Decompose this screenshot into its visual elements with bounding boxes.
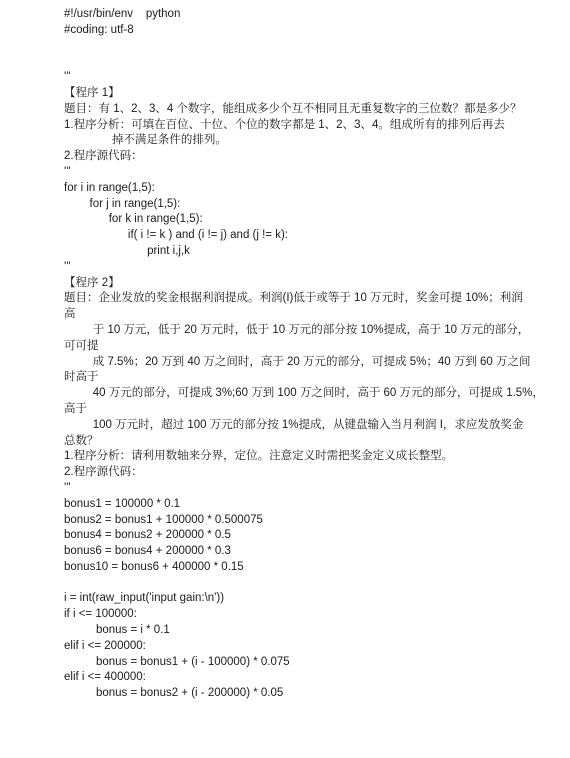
- doc-line: bonus = i * 0.1: [64, 623, 560, 639]
- doc-line: 高: [64, 307, 560, 323]
- doc-line: ''': [64, 260, 560, 276]
- doc-line: 1.程序分析：可填在百位、十位、个位的数字都是 1、2、3、4。组成所有的排列后…: [64, 118, 560, 134]
- doc-line: bonus = bonus2 + (i - 200000) * 0.05: [64, 686, 560, 702]
- doc-line: bonus1 = 100000 * 0.1: [64, 497, 560, 513]
- doc-line: 【程序 1】: [64, 86, 560, 102]
- doc-line: for k in range(1,5):: [64, 212, 560, 228]
- doc-line: 40 万元的部分，可提成 3%;60 万到 100 万之间时，高于 60 万元的…: [64, 386, 560, 402]
- doc-line: print i,j,k: [64, 244, 560, 260]
- doc-line: 于 10 万元，低于 20 万元时，低于 10 万元的部分按 10%提成，高于 …: [64, 323, 560, 339]
- doc-line: elif i <= 400000:: [64, 670, 560, 686]
- doc-line: 100 万元时，超过 100 万元的部分按 1%提成，从键盘输入当月利润 I，求…: [64, 418, 560, 434]
- doc-line: 题目：有 1、2、3、4 个数字，能组成多少个互不相同且无重复数字的三位数？都是…: [64, 102, 560, 118]
- doc-line: [64, 576, 560, 592]
- doc-line: 掉不满足条件的排列。: [64, 133, 560, 149]
- doc-line: bonus10 = bonus6 + 400000 * 0.15: [64, 560, 560, 576]
- doc-line: bonus6 = bonus4 + 200000 * 0.3: [64, 544, 560, 560]
- doc-line: ''': [64, 165, 560, 181]
- doc-line: 2.程序源代码：: [64, 465, 560, 481]
- doc-line: if( i != k ) and (i != j) and (j != k):: [64, 228, 560, 244]
- doc-line: for j in range(1,5):: [64, 197, 560, 213]
- code-document: #!/usr/bin/env python#coding: utf-8'''【程…: [64, 7, 560, 702]
- doc-line: for i in range(1,5):: [64, 181, 560, 197]
- doc-line: #!/usr/bin/env python: [64, 7, 560, 23]
- doc-line: i = int(raw_input('input gain:\n')): [64, 591, 560, 607]
- doc-line: [64, 54, 560, 70]
- doc-line: bonus4 = bonus2 + 200000 * 0.5: [64, 528, 560, 544]
- doc-line: ''': [64, 70, 560, 86]
- doc-line: [64, 39, 560, 55]
- doc-line: 成 7.5%；20 万到 40 万之间时，高于 20 万元的部分，可提成 5%；…: [64, 355, 560, 371]
- doc-line: bonus = bonus1 + (i - 100000) * 0.075: [64, 655, 560, 671]
- doc-line: 【程序 2】: [64, 276, 560, 292]
- doc-line: 题目：企业发放的奖金根据利润提成。利润(I)低于或等于 10 万元时，奖金可提 …: [64, 291, 560, 307]
- doc-line: if i <= 100000:: [64, 607, 560, 623]
- doc-line: 高于: [64, 402, 560, 418]
- doc-line: 总数？: [64, 434, 560, 450]
- doc-line: 可可提: [64, 339, 560, 355]
- doc-line: 2.程序源代码：: [64, 149, 560, 165]
- doc-line: elif i <= 200000:: [64, 639, 560, 655]
- document-page: #!/usr/bin/env python#coding: utf-8'''【程…: [0, 0, 570, 758]
- doc-line: bonus2 = bonus1 + 100000 * 0.500075: [64, 513, 560, 529]
- doc-line: #coding: utf-8: [64, 23, 560, 39]
- doc-line: 时高于: [64, 370, 560, 386]
- doc-line: ''': [64, 481, 560, 497]
- doc-line: 1.程序分析：请利用数轴来分界，定位。注意定义时需把奖金定义成长整型。: [64, 449, 560, 465]
